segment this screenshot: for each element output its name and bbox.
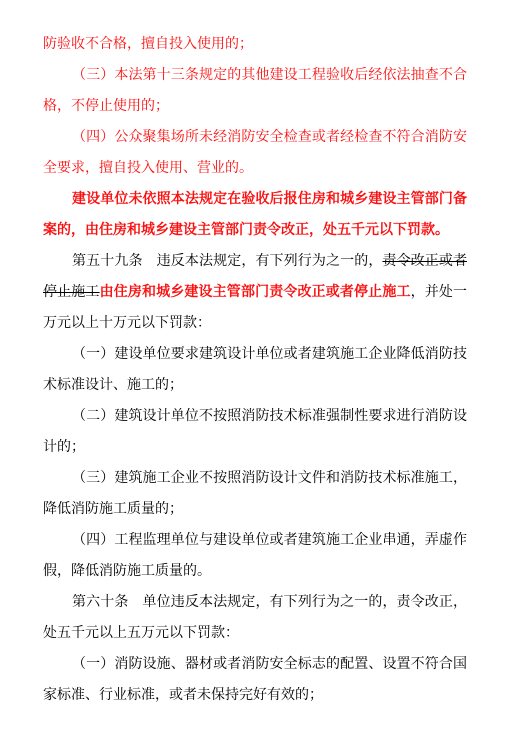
paragraph: （一）建设单位要求建筑设计单位或者建筑施工企业降低消防技术标准设计、施工的； <box>43 339 467 401</box>
text-segment: 第六十条 单位违反本法规定，有下列行为之一的，责令改正，处五千元以上五万元以下罚… <box>43 595 467 641</box>
text-segment: 第五十九条 违反本法规定，有下列行为之一的， <box>72 254 382 269</box>
text-segment: （三）建筑施工企业不按照消防设计文件和消防技术标准施工，降低消防施工质量的； <box>43 471 467 517</box>
inserted-revision-text: 建设单位未依照本法规定在验收后报住房和城乡建设主管部门备案的，由住房和城乡建设主… <box>43 192 467 238</box>
legal-document-page: 防验收不合格，擅自投入使用的；（三）本法第十三条规定的其他建设工程验收后经依法抽… <box>0 0 509 743</box>
text-segment: （二）建筑设计单位不按照消防技术标准强制性要求进行消防设计的； <box>43 409 467 455</box>
paragraph: 防验收不合格，擅自投入使用的； <box>43 29 467 60</box>
paragraph: 第六十条 单位违反本法规定，有下列行为之一的，责令改正，处五千元以上五万元以下罚… <box>43 587 467 649</box>
inserted-revision-text: （三）本法第十三条规定的其他建设工程验收后经依法抽查不合格，不停止使用的； <box>43 68 467 114</box>
paragraph: 第五十九条 违反本法规定，有下列行为之一的，责令改正或者停止施工由住房和城乡建设… <box>43 246 467 339</box>
document-body: 防验收不合格，擅自投入使用的；（三）本法第十三条规定的其他建设工程验收后经依法抽… <box>43 29 467 711</box>
text-segment: （一）消防设施、器材或者消防安全标志的配置、设置不符合国家标准、行业标准，或者未… <box>43 657 467 703</box>
inserted-revision-text: （四）公众聚集场所未经消防安全检查或者经检查不符合消防安全要求，擅自投入使用、营… <box>43 130 467 176</box>
paragraph: （三）建筑施工企业不按照消防设计文件和消防技术标准施工，降低消防施工质量的； <box>43 463 467 525</box>
text-segment: （一）建设单位要求建筑设计单位或者建筑施工企业降低消防技术标准设计、施工的； <box>43 347 467 393</box>
text-segment: （四）工程监理单位与建设单位或者建筑施工企业串通，弄虚作假，降低消防施工质量的。 <box>43 533 467 579</box>
paragraph: （三）本法第十三条规定的其他建设工程验收后经依法抽查不合格，不停止使用的； <box>43 60 467 122</box>
paragraph: 建设单位未依照本法规定在验收后报住房和城乡建设主管部门备案的，由住房和城乡建设主… <box>43 184 467 246</box>
paragraph: （二）建筑设计单位不按照消防技术标准强制性要求进行消防设计的； <box>43 401 467 463</box>
inserted-revision-text: 由住房和城乡建设主管部门责令改正或者停止施工 <box>100 285 411 300</box>
paragraph: （四）公众聚集场所未经消防安全检查或者经检查不符合消防安全要求，擅自投入使用、营… <box>43 122 467 184</box>
inserted-revision-text: 防验收不合格，擅自投入使用的； <box>43 37 253 52</box>
paragraph: （四）工程监理单位与建设单位或者建筑施工企业串通，弄虚作假，降低消防施工质量的。 <box>43 525 467 587</box>
paragraph: （一）消防设施、器材或者消防安全标志的配置、设置不符合国家标准、行业标准，或者未… <box>43 649 467 711</box>
